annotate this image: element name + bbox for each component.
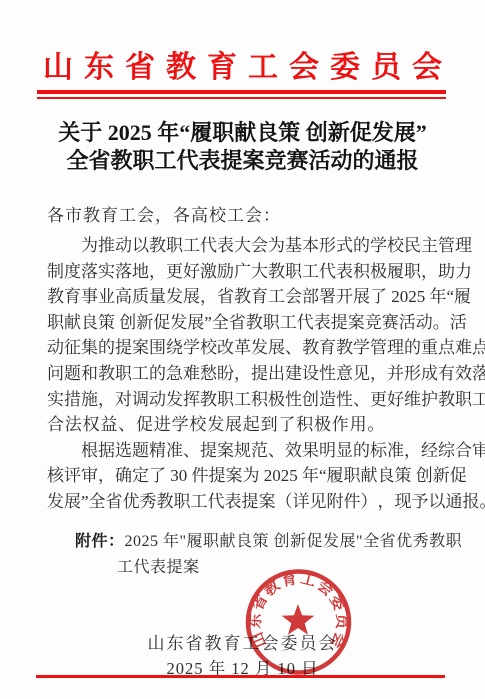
letterhead-org-name: 山东省教育工会委员会 bbox=[0, 42, 485, 86]
body-line: 实措施，对调动发挥教职工积极性创造性、更好维护教职工 bbox=[47, 387, 447, 413]
body-line: 问题和教职工的急难愁盼，提出建设性意见，并形成有效落 bbox=[47, 361, 447, 387]
document-title-line2: 全省教职工代表提案竞赛活动的通报 bbox=[0, 147, 485, 175]
footer-rule bbox=[36, 675, 445, 678]
body-line: 合法权益、促进学校发展起到了积极作用。 bbox=[47, 412, 447, 438]
body-line: 为推动以教职工代表大会为基本形式的学校民主管理 bbox=[47, 233, 447, 259]
official-seal: 山东省教育工会委员会 bbox=[242, 566, 355, 679]
body-line: 职献良策 创新促发展”全省教职工代表提案竞赛活动。活 bbox=[47, 310, 447, 336]
body-line: 教育事业高质量发展，省教育工会部署开展了 2025 年“履 bbox=[47, 284, 447, 310]
document-page: { "colors": { "red": "#ee1111", "seal_re… bbox=[0, 0, 485, 699]
body-line: 发展”全省优秀教职工代表提案（详见附件），现予以通报。 bbox=[47, 489, 447, 515]
body-line: 核评审，确定了 30 件提案为 2025 年“履职献良策 创新促 bbox=[47, 463, 447, 489]
body-text: 为推动以教职工代表大会为基本形式的学校民主管理 制度落实落地，更好激励广大教职工… bbox=[47, 233, 447, 515]
document-title: 关于 2025 年“履职献良策 创新促发展” 全省教职工代表提案竞赛活动的通报 bbox=[0, 119, 485, 175]
document-title-line1: 关于 2025 年“履职献良策 创新促发展” bbox=[0, 119, 485, 147]
seal-star-icon bbox=[282, 604, 314, 635]
attachment-label: 附件： bbox=[75, 533, 125, 550]
attachment-line1: 附件：2025 年"履职献良策 创新促发展"全省优秀教职 bbox=[75, 529, 462, 555]
salutation: 各市教育工会，各高校工会： bbox=[47, 201, 281, 226]
attachment-title: 2025 年"履职献良策 创新促发展"全省优秀教职 bbox=[125, 533, 463, 550]
body-line: 制度落实落地，更好激励广大教职工代表积极履职，助力 bbox=[47, 259, 447, 285]
body-line: 根据选题精准、提案规范、效果明显的标准，经综合审 bbox=[47, 438, 447, 464]
body-line: 动征集的提案围绕学校改革发展、教育教学管理的重点难点 bbox=[47, 335, 447, 361]
letterhead-double-rule bbox=[37, 90, 446, 99]
